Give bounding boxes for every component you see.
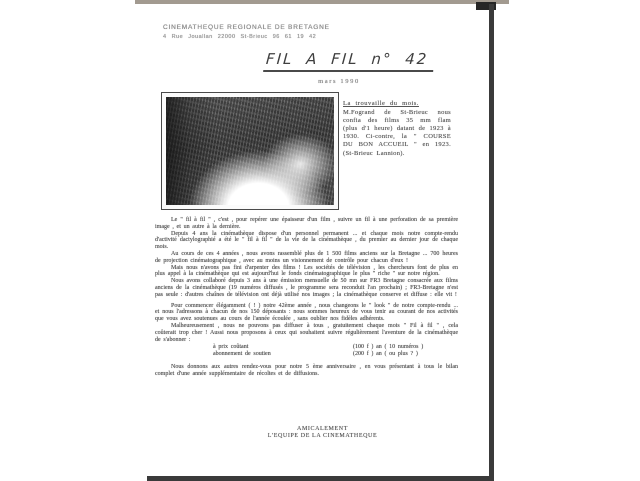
- subscription-value: (200 f ) an ( ou plus ? ): [353, 351, 458, 358]
- closing-block: AMICALEMENT L'EQUIPE DE LA CINEMATHEQUE: [155, 426, 490, 440]
- closing-signature: L'EQUIPE DE LA CINEMATHEQUE: [155, 433, 490, 440]
- subscription-rows: à prix coûtant (100 f ) an ( 10 numéros …: [213, 344, 458, 358]
- paragraph: Mais nous n'avons pas fini d'arpenter de…: [155, 265, 458, 279]
- note-heading: La trouvaille du mois.: [343, 100, 451, 108]
- newsletter-title: FIL A FIL n° 42: [263, 50, 435, 72]
- photo-frame: [161, 92, 339, 210]
- note-body: M.Fogrand de St-Brieuc nous confia des f…: [343, 109, 451, 158]
- subscription-row: abonnement de soutien (200 f ) an ( ou p…: [213, 351, 458, 358]
- subscription-label: abonnement de soutien: [213, 351, 353, 358]
- paragraph: Pour commencer élégamment ( ! ) notre 42…: [155, 303, 458, 323]
- page-edge-right: [489, 4, 494, 481]
- org-address: 4 Rue Jouallan 22000 St-Brieuc 96 61 19 …: [163, 34, 316, 40]
- page-edge-bottom: [147, 476, 493, 481]
- archive-photo: [166, 97, 334, 205]
- paragraph: Nous donnons aux autres rendez-vous pour…: [155, 364, 458, 378]
- body-text: Le " fil à fil " , c'est , pour repérer …: [155, 217, 458, 378]
- paragraph: Au cours de ces 4 années , nous avons ra…: [155, 251, 458, 265]
- scanned-newsletter-page: CINEMATHEQUE REGIONALE DE BRETAGNE 4 Rue…: [0, 0, 640, 481]
- note-block: La trouvaille du mois. M.Fogrand de St-B…: [343, 100, 451, 158]
- org-name: CINEMATHEQUE REGIONALE DE BRETAGNE: [163, 24, 330, 31]
- paragraph: Le " fil à fil " , c'est , pour repérer …: [155, 217, 458, 231]
- paragraph: Depuis 4 ans la cinémathèque dispose d'u…: [155, 231, 458, 251]
- paragraph: Nous avons collaboré depuis 3 ans à une …: [155, 278, 458, 298]
- title-wrap: FIL A FIL n° 42: [263, 50, 435, 69]
- scanner-edge-top: [135, 0, 509, 4]
- paragraph: Malheureusement , nous ne pouvons pas di…: [155, 323, 458, 343]
- issue-date: mars 1990: [264, 78, 414, 85]
